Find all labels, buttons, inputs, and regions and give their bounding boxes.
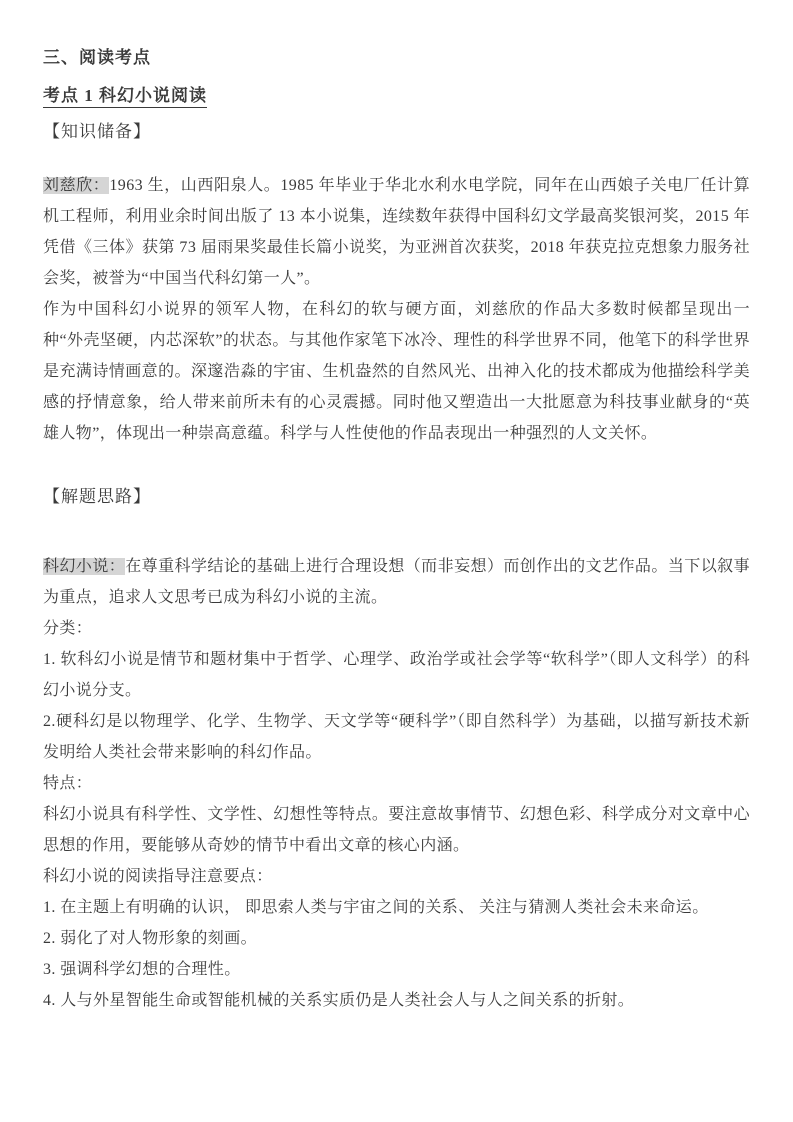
author-term-highlight: 刘慈欣： [43,177,109,194]
author-bio-paragraph: 刘慈欣：1963 生，山西阳泉人。1985 年毕业于华北水利水电学院，同年在山西… [43,170,750,294]
topic-heading: 考点 1 科幻小说阅读 [43,84,750,108]
document-page: 三、阅读考点 考点 1 科幻小说阅读 【知识储备】 刘慈欣：1963 生，山西阳… [0,0,793,1122]
classification-item-soft: 1. 软科幻小说是情节和题材集中于哲学、心理学、政治学或社会学等“软科学”（即人… [43,644,750,706]
document-content: 三、阅读考点 考点 1 科幻小说阅读 【知识储备】 刘慈欣：1963 生，山西阳… [0,0,793,1016]
classification-item-hard: 2.硬科幻是以物理学、化学、生物学、天文学等“硬科学”（即自然科学）为基础，以描… [43,706,750,768]
topic-heading-text: 考点 1 科幻小说阅读 [43,86,207,108]
knowledge-reserve-header: 【知识储备】 [43,120,750,144]
definition-text: 在尊重科学结论的基础上进行合理设想（而非妄想）而创作出的文艺作品。当下以叙事为重… [43,558,750,606]
definition-term-highlight: 科幻小说： [43,558,125,575]
features-label: 特点： [43,768,750,799]
solution-approach-header: 【解题思路】 [43,485,750,509]
classification-label: 分类： [43,613,750,644]
section-heading: 三、阅读考点 [43,46,750,70]
reading-guide-item-4: 4. 人与外星智能生命或智能机械的关系实质仍是人类社会人与人之间关系的折射。 [43,985,750,1016]
author-analysis-paragraph: 作为中国科幻小说界的领军人物，在科幻的软与硬方面，刘慈欣的作品大多数时候都呈现出… [43,294,750,449]
features-text: 科幻小说具有科学性、文学性、幻想性等特点。要注意故事情节、幻想色彩、科学成分对文… [43,799,750,861]
reading-guide-item-1: 1. 在主题上有明确的认识， 即思索人类与宇宙之间的关系、 关注与猜测人类社会未… [43,892,750,923]
reading-guide-label: 科幻小说的阅读指导注意要点： [43,861,750,892]
definition-paragraph: 科幻小说：在尊重科学结论的基础上进行合理设想（而非妄想）而创作出的文艺作品。当下… [43,551,750,613]
reading-guide-item-2: 2. 弱化了对人物形象的刻画。 [43,923,750,954]
author-bio-text: 1963 生，山西阳泉人。1985 年毕业于华北水利水电学院，同年在山西娘子关电… [43,177,750,287]
reading-guide-item-3: 3. 强调科学幻想的合理性。 [43,954,750,985]
